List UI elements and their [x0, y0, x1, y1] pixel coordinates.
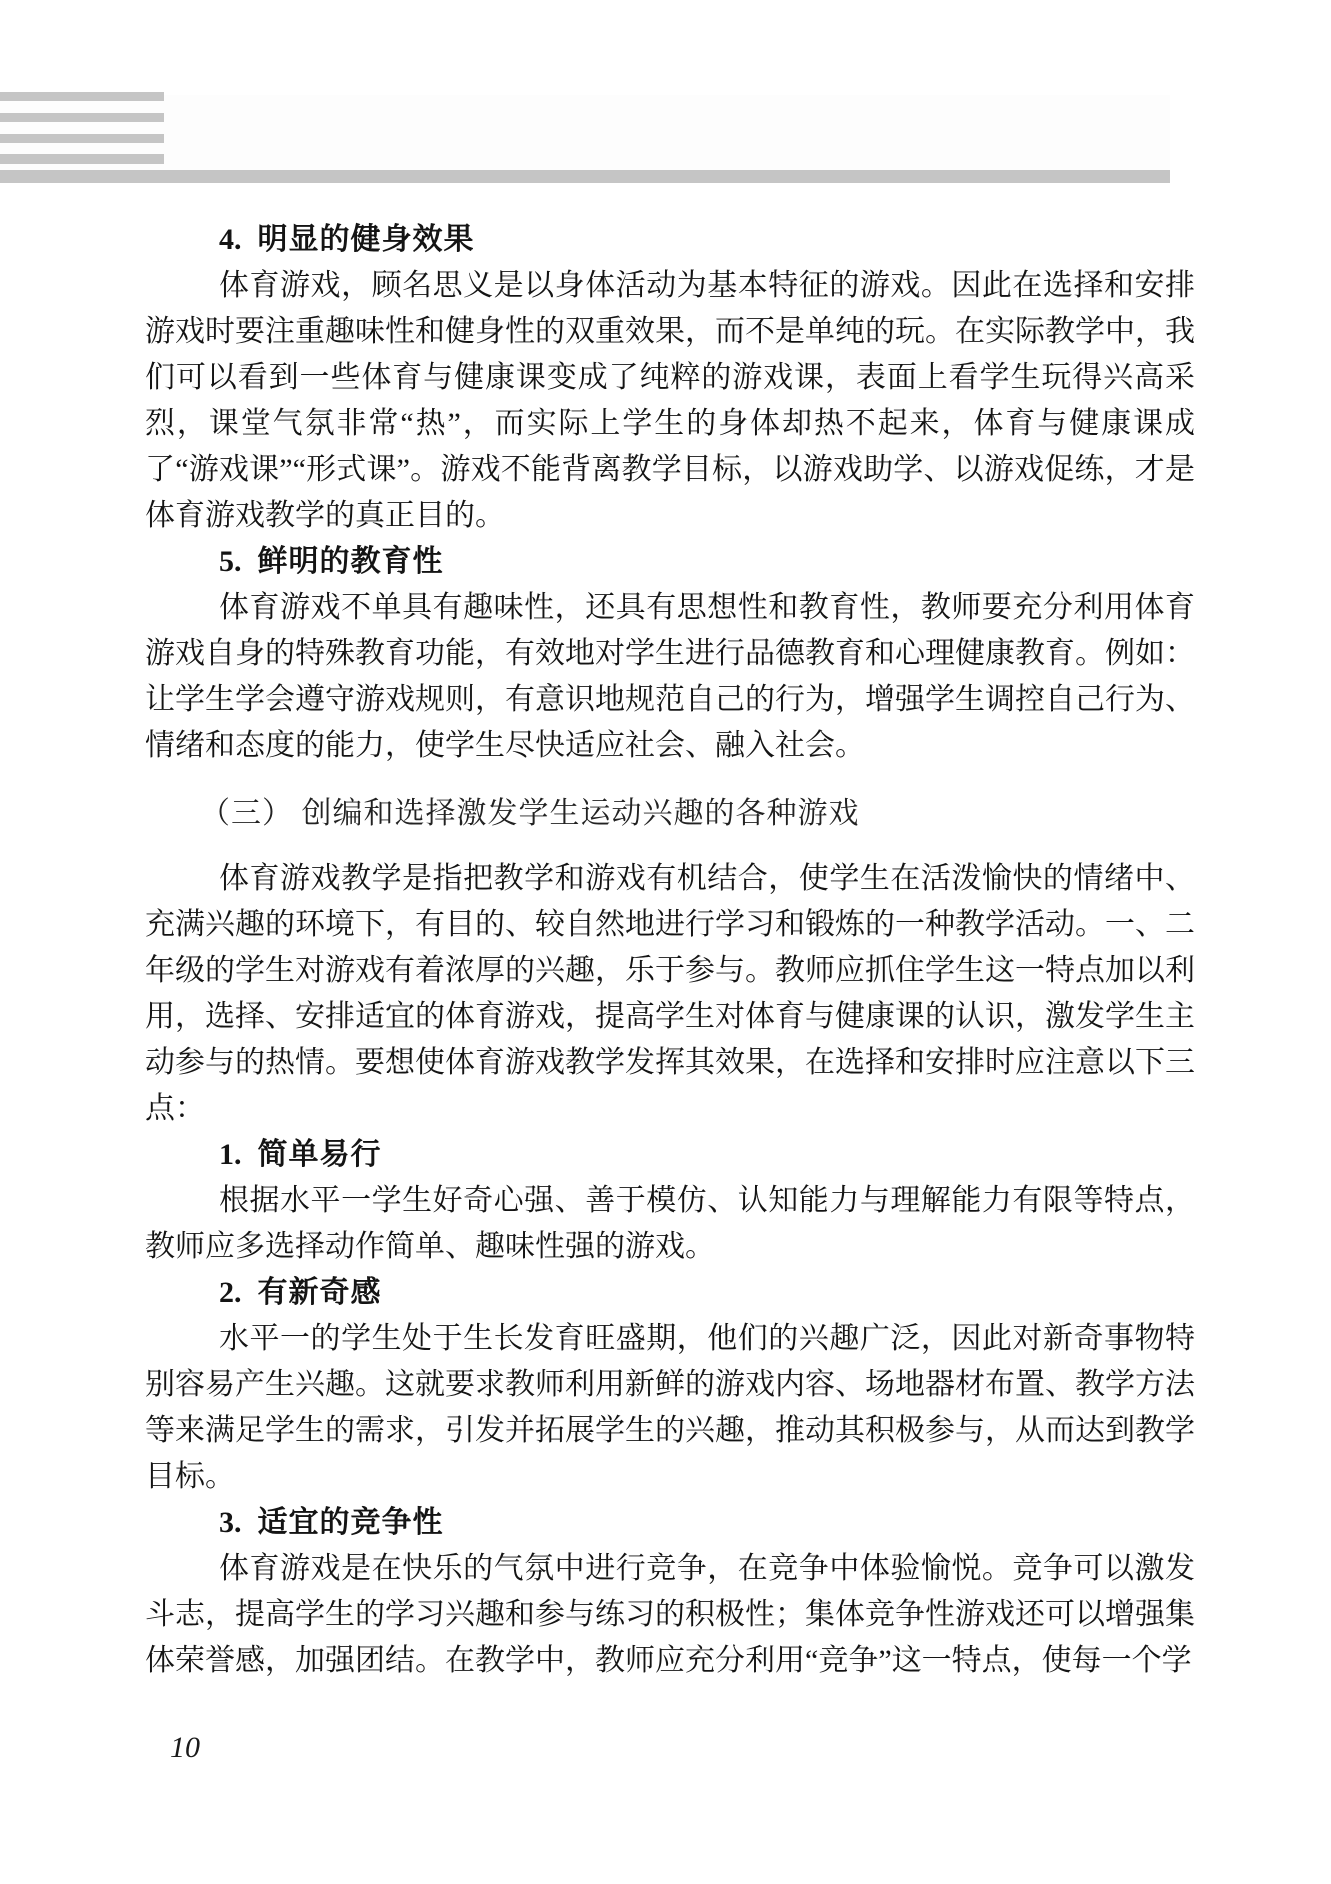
section-heading: （三） 创编和选择激发学生运动兴趣的各种游戏 [145, 791, 1195, 837]
header-short-bar-4 [0, 154, 164, 164]
heading-number: 4. [219, 223, 242, 256]
body-paragraph: 体育游戏，顾名思义是以身体活动为基本特征的游戏。因此在选择和安排游戏时要注重趣味… [145, 263, 1195, 539]
numbered-heading-3: 3.适宜的竞争性 [145, 1500, 1195, 1546]
page-number: 10 [170, 1731, 200, 1765]
body-paragraph: 根据水平一学生好奇心强、善于模仿、认知能力与理解能力有限等特点，教师应多选择动作… [145, 1178, 1195, 1270]
heading-number: 3. [219, 1506, 242, 1539]
numbered-heading-4: 4.明显的健身效果 [145, 217, 1195, 263]
heading-title: 简单易行 [258, 1138, 382, 1171]
heading-number: 1. [219, 1138, 242, 1171]
header-short-bar-2 [0, 113, 164, 122]
heading-title: 有新奇感 [258, 1276, 382, 1309]
numbered-heading-1: 1.简单易行 [145, 1132, 1195, 1178]
header-short-bar-1 [0, 92, 164, 101]
body-paragraph: 体育游戏是在快乐的气氛中进行竞争，在竞争中体验愉悦。竞争可以激发斗志，提高学生的… [145, 1546, 1195, 1684]
body-paragraph: 体育游戏不单具有趣味性，还具有思想性和教育性，教师要充分利用体育游戏自身的特殊教… [145, 585, 1195, 769]
header-short-bar-3 [0, 134, 164, 143]
heading-number: 2. [219, 1276, 242, 1309]
body-paragraph: 水平一的学生处于生长发育旺盛期，他们的兴趣广泛，因此对新奇事物特别容易产生兴趣。… [145, 1316, 1195, 1500]
numbered-heading-2: 2.有新奇感 [145, 1270, 1195, 1316]
page-content: 4.明显的健身效果 体育游戏，顾名思义是以身体活动为基本特征的游戏。因此在选择和… [145, 217, 1195, 1684]
heading-title: 鲜明的教育性 [258, 545, 444, 578]
numbered-heading-5: 5.鲜明的教育性 [145, 539, 1195, 585]
heading-title: 适宜的竞争性 [258, 1506, 444, 1539]
heading-title: 明显的健身效果 [258, 223, 475, 256]
header-rule-bar [0, 170, 1170, 183]
heading-number: 5. [219, 545, 242, 578]
body-paragraph: 体育游戏教学是指把教学和游戏有机结合，使学生在活泼愉快的情绪中、充满兴趣的环境下… [145, 856, 1195, 1132]
header-background-panel [0, 95, 1170, 170]
